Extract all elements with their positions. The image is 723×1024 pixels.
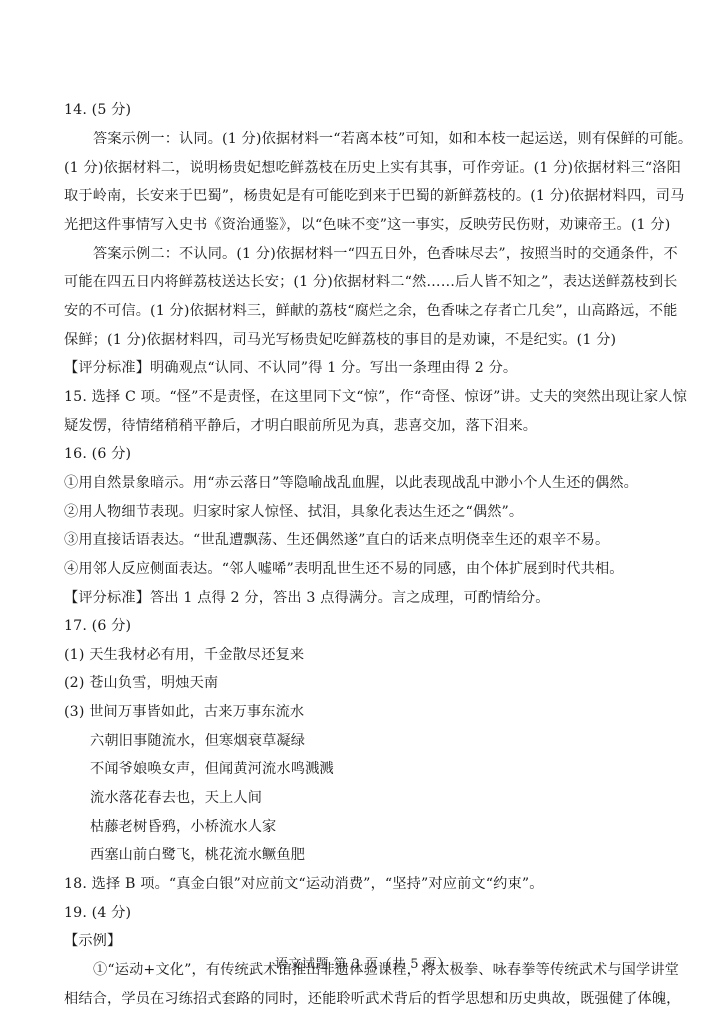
text-line: (2) 苍山负雪，明烛天南 xyxy=(64,673,218,693)
text-line: 安的不可信。(1 分)依据材料三，鲜献的荔枝“腐烂之余，色香味之存者亡几矣”，山… xyxy=(64,301,678,321)
text-line: ②用人物细节表现。归家时家人惊怪、拭泪，具象化表达生还之“偶然”。 xyxy=(64,502,523,522)
text-line: 15. 选择 C 项。“怪”不是责怪，在这里同下文“惊”，作“奇怪、惊讶”讲。丈… xyxy=(64,387,687,407)
text-line: 枯藤老树昏鸦，小桥流水人家 xyxy=(90,817,276,837)
text-line: 保鲜；(1 分)依据材料四，司马光写杨贵妃吃鲜荔枝的事目的是劝谏，不是纪实。(1… xyxy=(64,330,616,350)
text-line: (3) 世间万事皆如此，古来万事东流水 xyxy=(64,702,304,722)
text-line: 17. (6 分) xyxy=(64,616,131,636)
text-line: 16. (6 分) xyxy=(64,444,131,464)
text-line: 18. 选择 B 项。“真金白银”对应前文“运动消费”，“坚持”对应前文“约束”… xyxy=(64,874,544,894)
text-line: (1) 天生我材必有用，千金散尽还复来 xyxy=(64,645,304,665)
text-line: 六朝旧事随流水，但寒烟衰草凝绿 xyxy=(90,731,305,751)
text-line: ③用直接话语表达。“世乱遭飘荡、生还偶然遂”直白的话来点明侥幸生还的艰辛不易。 xyxy=(64,530,609,550)
text-line: 疑发愣，待情绪稍稍平静后，才明白眼前所见为真，悲喜交加，落下泪来。 xyxy=(64,416,537,436)
text-line: (1 分)依据材料二，说明杨贵妃想吃鲜荔枝在历史上实有其事，可作旁证。(1 分)… xyxy=(64,158,681,178)
text-line: 【示例】 xyxy=(64,931,121,951)
text-line: 【评分标准】明确观点“认同、不认同”得 1 分。写出一条理由得 2 分。 xyxy=(64,358,517,378)
text-line: 19. (4 分) xyxy=(64,903,131,923)
text-line: 14. (5 分) xyxy=(64,100,131,120)
text-line: ①用自然景象暗示。用“赤云落日”等隐喻战乱血腥，以此表现战乱中渺小个人生还的偶然… xyxy=(64,473,638,493)
page-footer: 语文试题 第 3 页（共 5 页） xyxy=(275,956,451,974)
text-line: ④用邻人反应侧面表达。“邻人嘘唏”表明乱世生还不易的同感，由个体扩展到时代共相。 xyxy=(64,559,624,579)
text-line: 相结合，学员在习练招式套路的同时，还能聆听武术背后的哲学思想和历史典故，既强健了… xyxy=(64,989,681,1009)
text-line: 答案示例二：不认同。(1 分)依据材料一“四五日外，色香味尽去”，按照当时的交通… xyxy=(93,244,678,264)
text-line: 答案示例一：认同。(1 分)依据材料一“若离本枝”可知，如和本枝一起运送，则有保… xyxy=(93,129,692,149)
text-line: 流水落花春去也，天上人间 xyxy=(90,788,262,808)
text-line: 西塞山前白鹭飞，桃花流水鳜鱼肥 xyxy=(90,845,305,865)
text-line: 取于岭南，长安来于巴蜀”，杨贵妃是有可能吃到来于巴蜀的新鲜荔枝的。(1 分)依据… xyxy=(64,186,684,206)
text-line: 可能在四五日内将鲜荔枝送达长安；(1 分)依据材料二“然……后人皆不知之”，表达… xyxy=(64,272,678,292)
text-line: 不闻爷娘唤女声，但闻黄河流水鸣溅溅 xyxy=(90,759,334,779)
text-line: 光把这件事情写入史书《资治通鉴》，以“色味不变”这一事实，反映劳民伤财，劝谏帝王… xyxy=(64,215,670,235)
text-line: 【评分标准】答出 1 点得 2 分，答出 3 点得满分。言之成理，可酌情给分。 xyxy=(64,588,550,608)
